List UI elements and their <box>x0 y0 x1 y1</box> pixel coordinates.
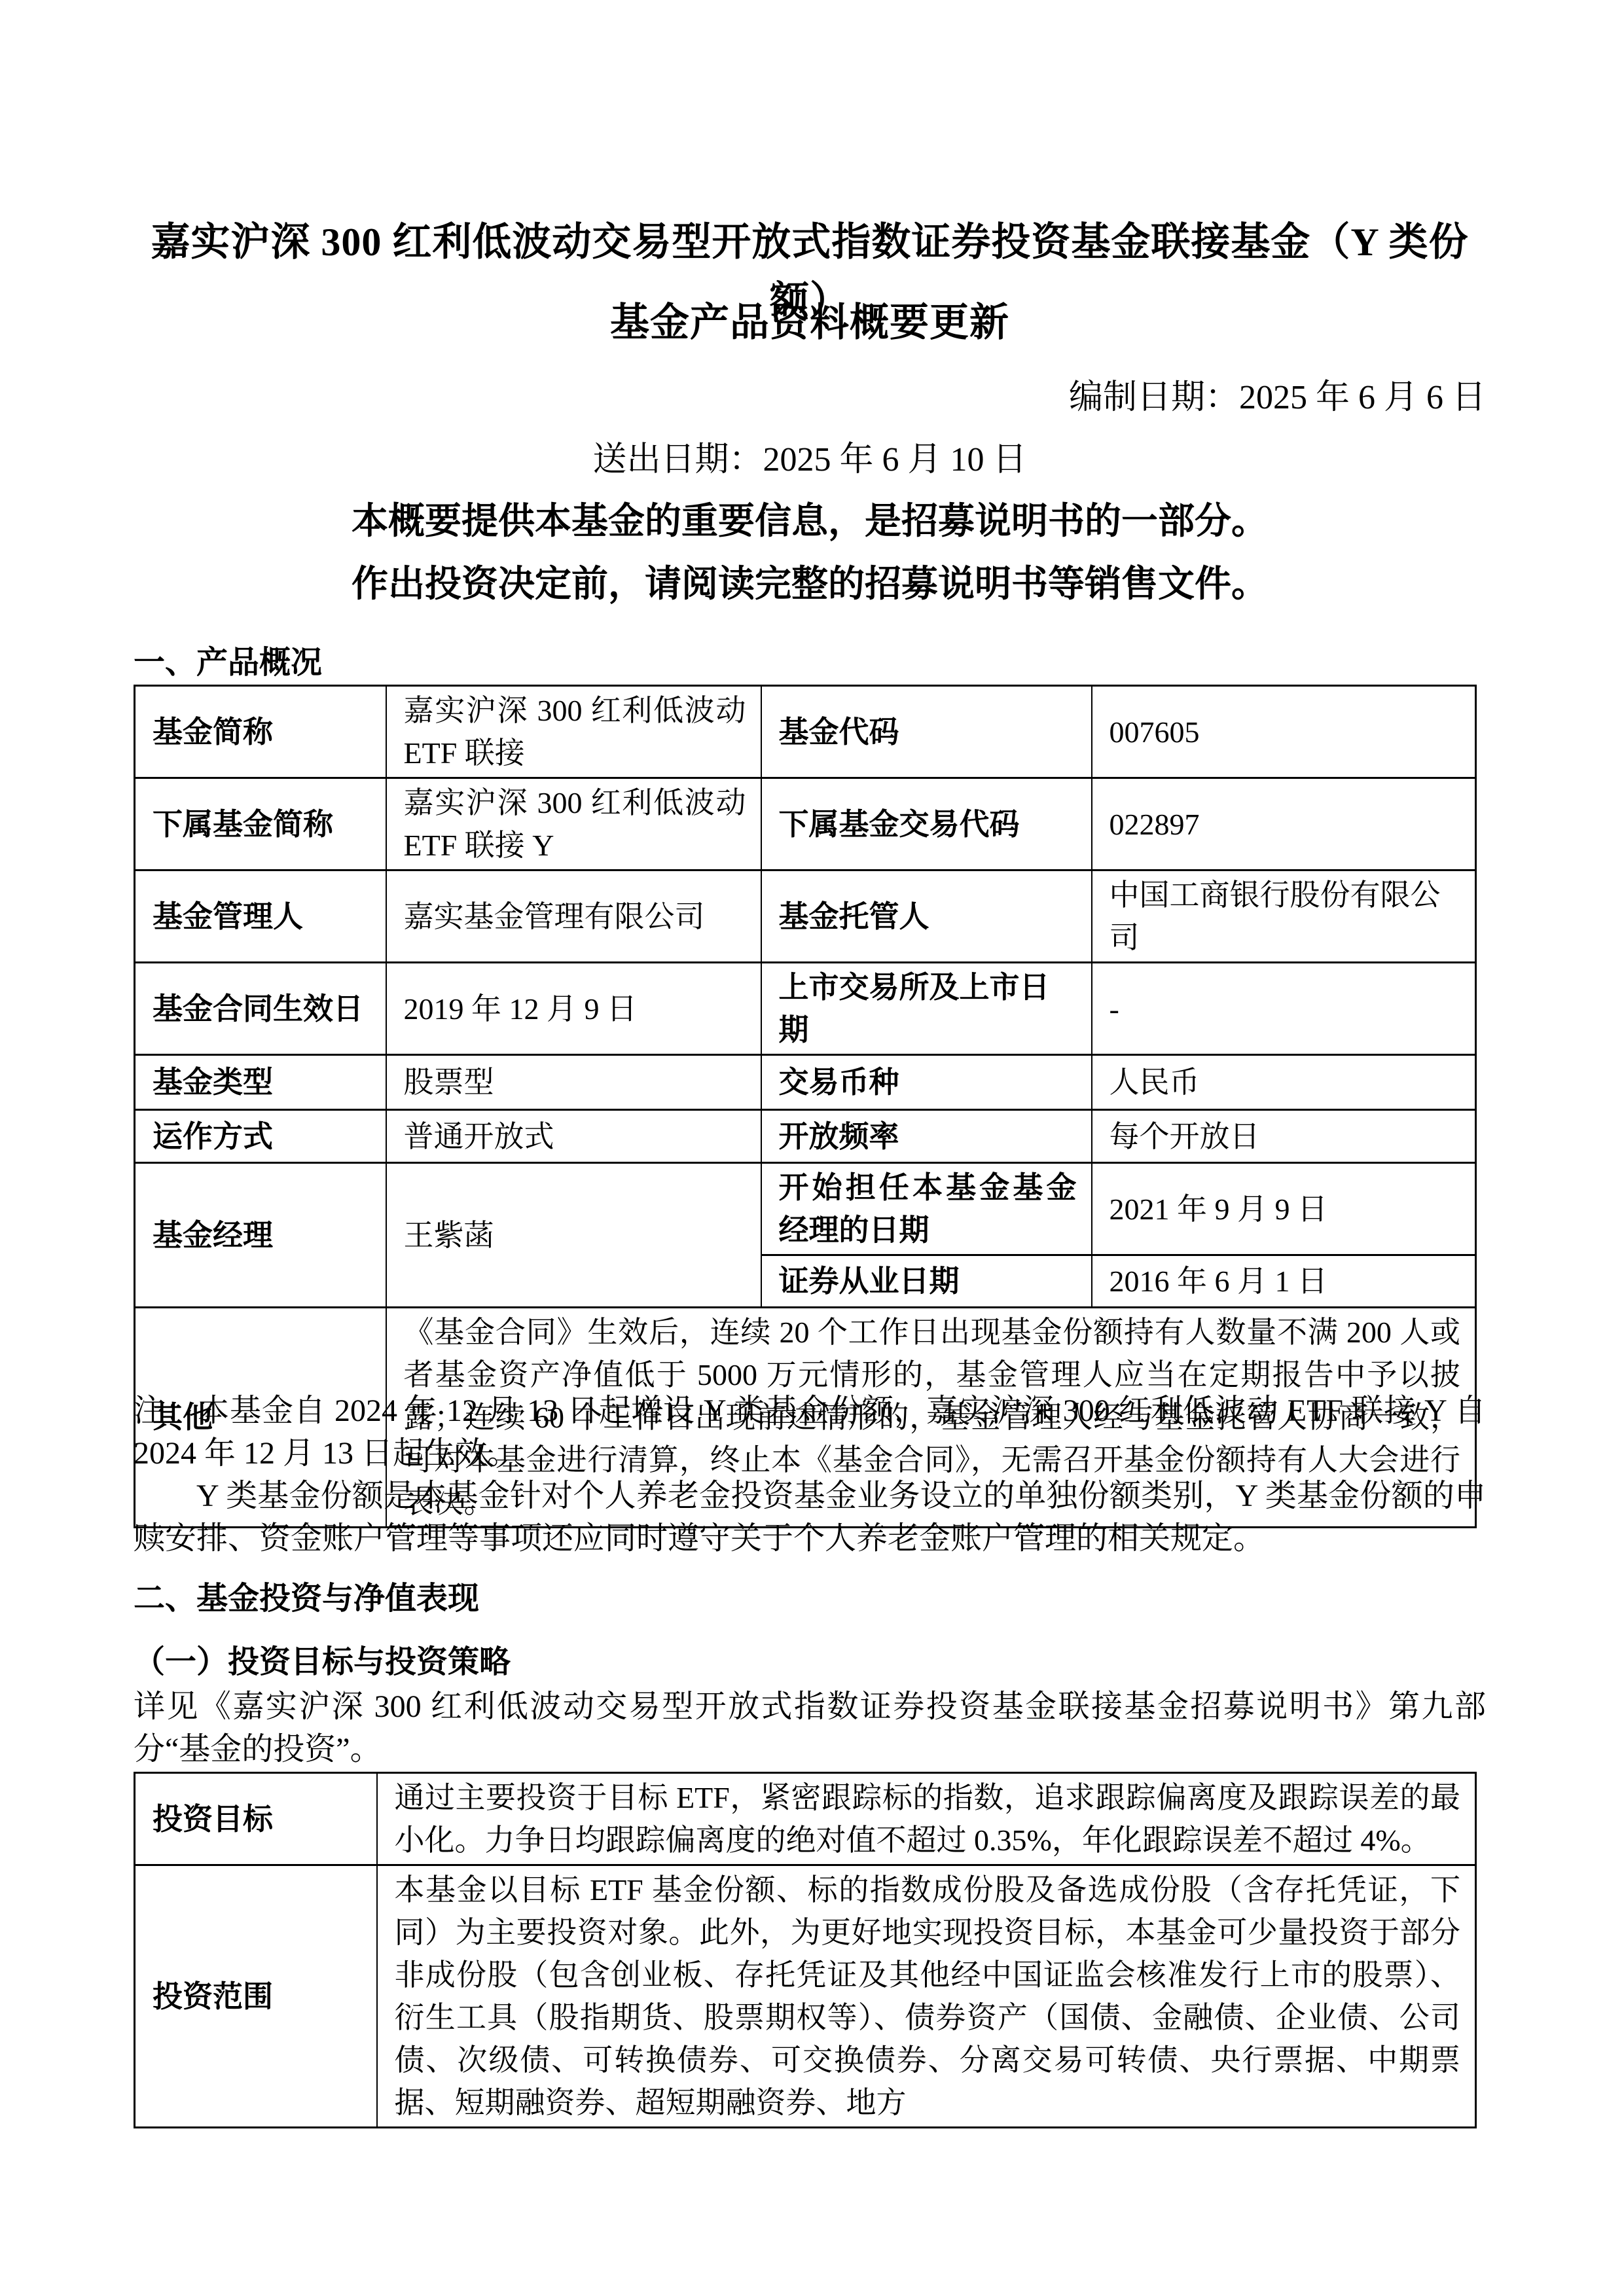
field-value: 嘉实沪深 300 红利低波动 ETF 联接 <box>386 686 761 778</box>
field-label: 证券从业日期 <box>761 1255 1092 1308</box>
field-value: 本基金以目标 ETF 基金份额、标的指数成份股及备选成份股（含存托凭证，下同）为… <box>377 1865 1476 2128</box>
field-value: - <box>1092 963 1476 1055</box>
field-label: 交易币种 <box>761 1055 1092 1110</box>
field-value: 人民币 <box>1092 1055 1476 1110</box>
field-label: 基金托管人 <box>761 870 1092 963</box>
table-row-fund-type: 基金类型 股票型 交易币种 人民币 <box>135 1055 1476 1110</box>
table-row-investment-scope: 投资范围 本基金以目标 ETF 基金份额、标的指数成份股及备选成份股（含存托凭证… <box>135 1865 1476 2128</box>
sent-date: 送出日期：2025 年 6 月 10 日 <box>134 436 1486 484</box>
field-label: 下属基金简称 <box>135 778 386 870</box>
document-page: 嘉实沪深 300 红利低波动交易型开放式指数证券投资基金联接基金（Y 类份额） … <box>0 0 1624 2296</box>
field-value: 2021 年 9 月 9 日 <box>1092 1163 1476 1255</box>
field-label: 投资目标 <box>135 1773 377 1865</box>
table-row-sub-fund-short-name: 下属基金简称 嘉实沪深 300 红利低波动 ETF 联接 Y 下属基金交易代码 … <box>135 778 1476 870</box>
field-label: 上市交易所及上市日期 <box>761 963 1092 1055</box>
field-value: 股票型 <box>386 1055 761 1110</box>
field-value: 2019 年 12 月 9 日 <box>386 963 761 1055</box>
table-row-operation-mode: 运作方式 普通开放式 开放频率 每个开放日 <box>135 1110 1476 1163</box>
field-value: 普通开放式 <box>386 1110 761 1163</box>
table-row-investment-objective: 投资目标 通过主要投资于目标 ETF，紧密跟踪标的指数，追求跟踪偏离度及跟踪误差… <box>135 1773 1476 1865</box>
field-label: 基金合同生效日 <box>135 963 386 1055</box>
field-label: 开始担任本基金基金经理的日期 <box>761 1163 1092 1255</box>
field-label: 基金简称 <box>135 686 386 778</box>
field-value: 每个开放日 <box>1092 1110 1476 1163</box>
section-2-heading: 二、基金投资与净值表现 <box>134 1579 1486 1619</box>
field-label: 下属基金交易代码 <box>761 778 1092 870</box>
field-label: 运作方式 <box>135 1110 386 1163</box>
field-label: 开放频率 <box>761 1110 1092 1163</box>
note-paragraph-2: Y 类基金份额是本基金针对个人养老金投资基金业务设立的单独份额类别，Y 类基金份… <box>134 1475 1486 1560</box>
notice-line-2: 作出投资决定前，请阅读完整的招募说明书等销售文件。 <box>134 558 1486 611</box>
table-row-fund-manager: 基金经理 王紫菡 开始担任本基金基金经理的日期 2021 年 9 月 9 日 <box>135 1163 1476 1255</box>
field-label: 基金经理 <box>135 1163 386 1308</box>
investment-objective-table: 投资目标 通过主要投资于目标 ETF，紧密跟踪标的指数，追求跟踪偏离度及跟踪误差… <box>134 1772 1477 2128</box>
field-label: 基金代码 <box>761 686 1092 778</box>
field-value: 中国工商银行股份有限公司 <box>1092 870 1476 963</box>
field-value: 通过主要投资于目标 ETF，紧密跟踪标的指数，追求跟踪偏离度及跟踪误差的最小化。… <box>377 1773 1476 1865</box>
field-value: 嘉实基金管理有限公司 <box>386 870 761 963</box>
field-value: 2016 年 6 月 1 日 <box>1092 1255 1476 1308</box>
reference-paragraph: 详见《嘉实沪深 300 红利低波动交易型开放式指数证券投资基金联接基金招募说明书… <box>134 1685 1486 1770</box>
table-row-fund-short-name: 基金简称 嘉实沪深 300 红利低波动 ETF 联接 基金代码 007605 <box>135 686 1476 778</box>
table-note: 注：本基金自 2024 年 12 月 13 日起增设 Y 类基金份额，嘉实沪深 … <box>134 1390 1486 1560</box>
note-paragraph-1: 注：本基金自 2024 年 12 月 13 日起增设 Y 类基金份额，嘉实沪深 … <box>134 1390 1486 1475</box>
field-value: 嘉实沪深 300 红利低波动 ETF 联接 Y <box>386 778 761 870</box>
field-label: 基金类型 <box>135 1055 386 1110</box>
section-2-sub-heading: （一）投资目标与投资策略 <box>134 1642 1486 1683</box>
field-value: 007605 <box>1092 686 1476 778</box>
doc-title-line-2: 基金产品资料概要更新 <box>134 293 1486 352</box>
notice-line-1: 本概要提供本基金的重要信息，是招募说明书的一部分。 <box>134 495 1486 548</box>
field-label: 基金管理人 <box>135 870 386 963</box>
table-row-fund-manager-company: 基金管理人 嘉实基金管理有限公司 基金托管人 中国工商银行股份有限公司 <box>135 870 1476 963</box>
table-row-contract-effective-date: 基金合同生效日 2019 年 12 月 9 日 上市交易所及上市日期 - <box>135 963 1476 1055</box>
field-value: 王紫菡 <box>386 1163 761 1308</box>
field-value: 022897 <box>1092 778 1476 870</box>
section-1-heading: 一、产品概况 <box>134 643 1486 683</box>
prepared-date: 编制日期：2025 年 6 月 6 日 <box>134 374 1486 422</box>
field-label: 投资范围 <box>135 1865 377 2128</box>
